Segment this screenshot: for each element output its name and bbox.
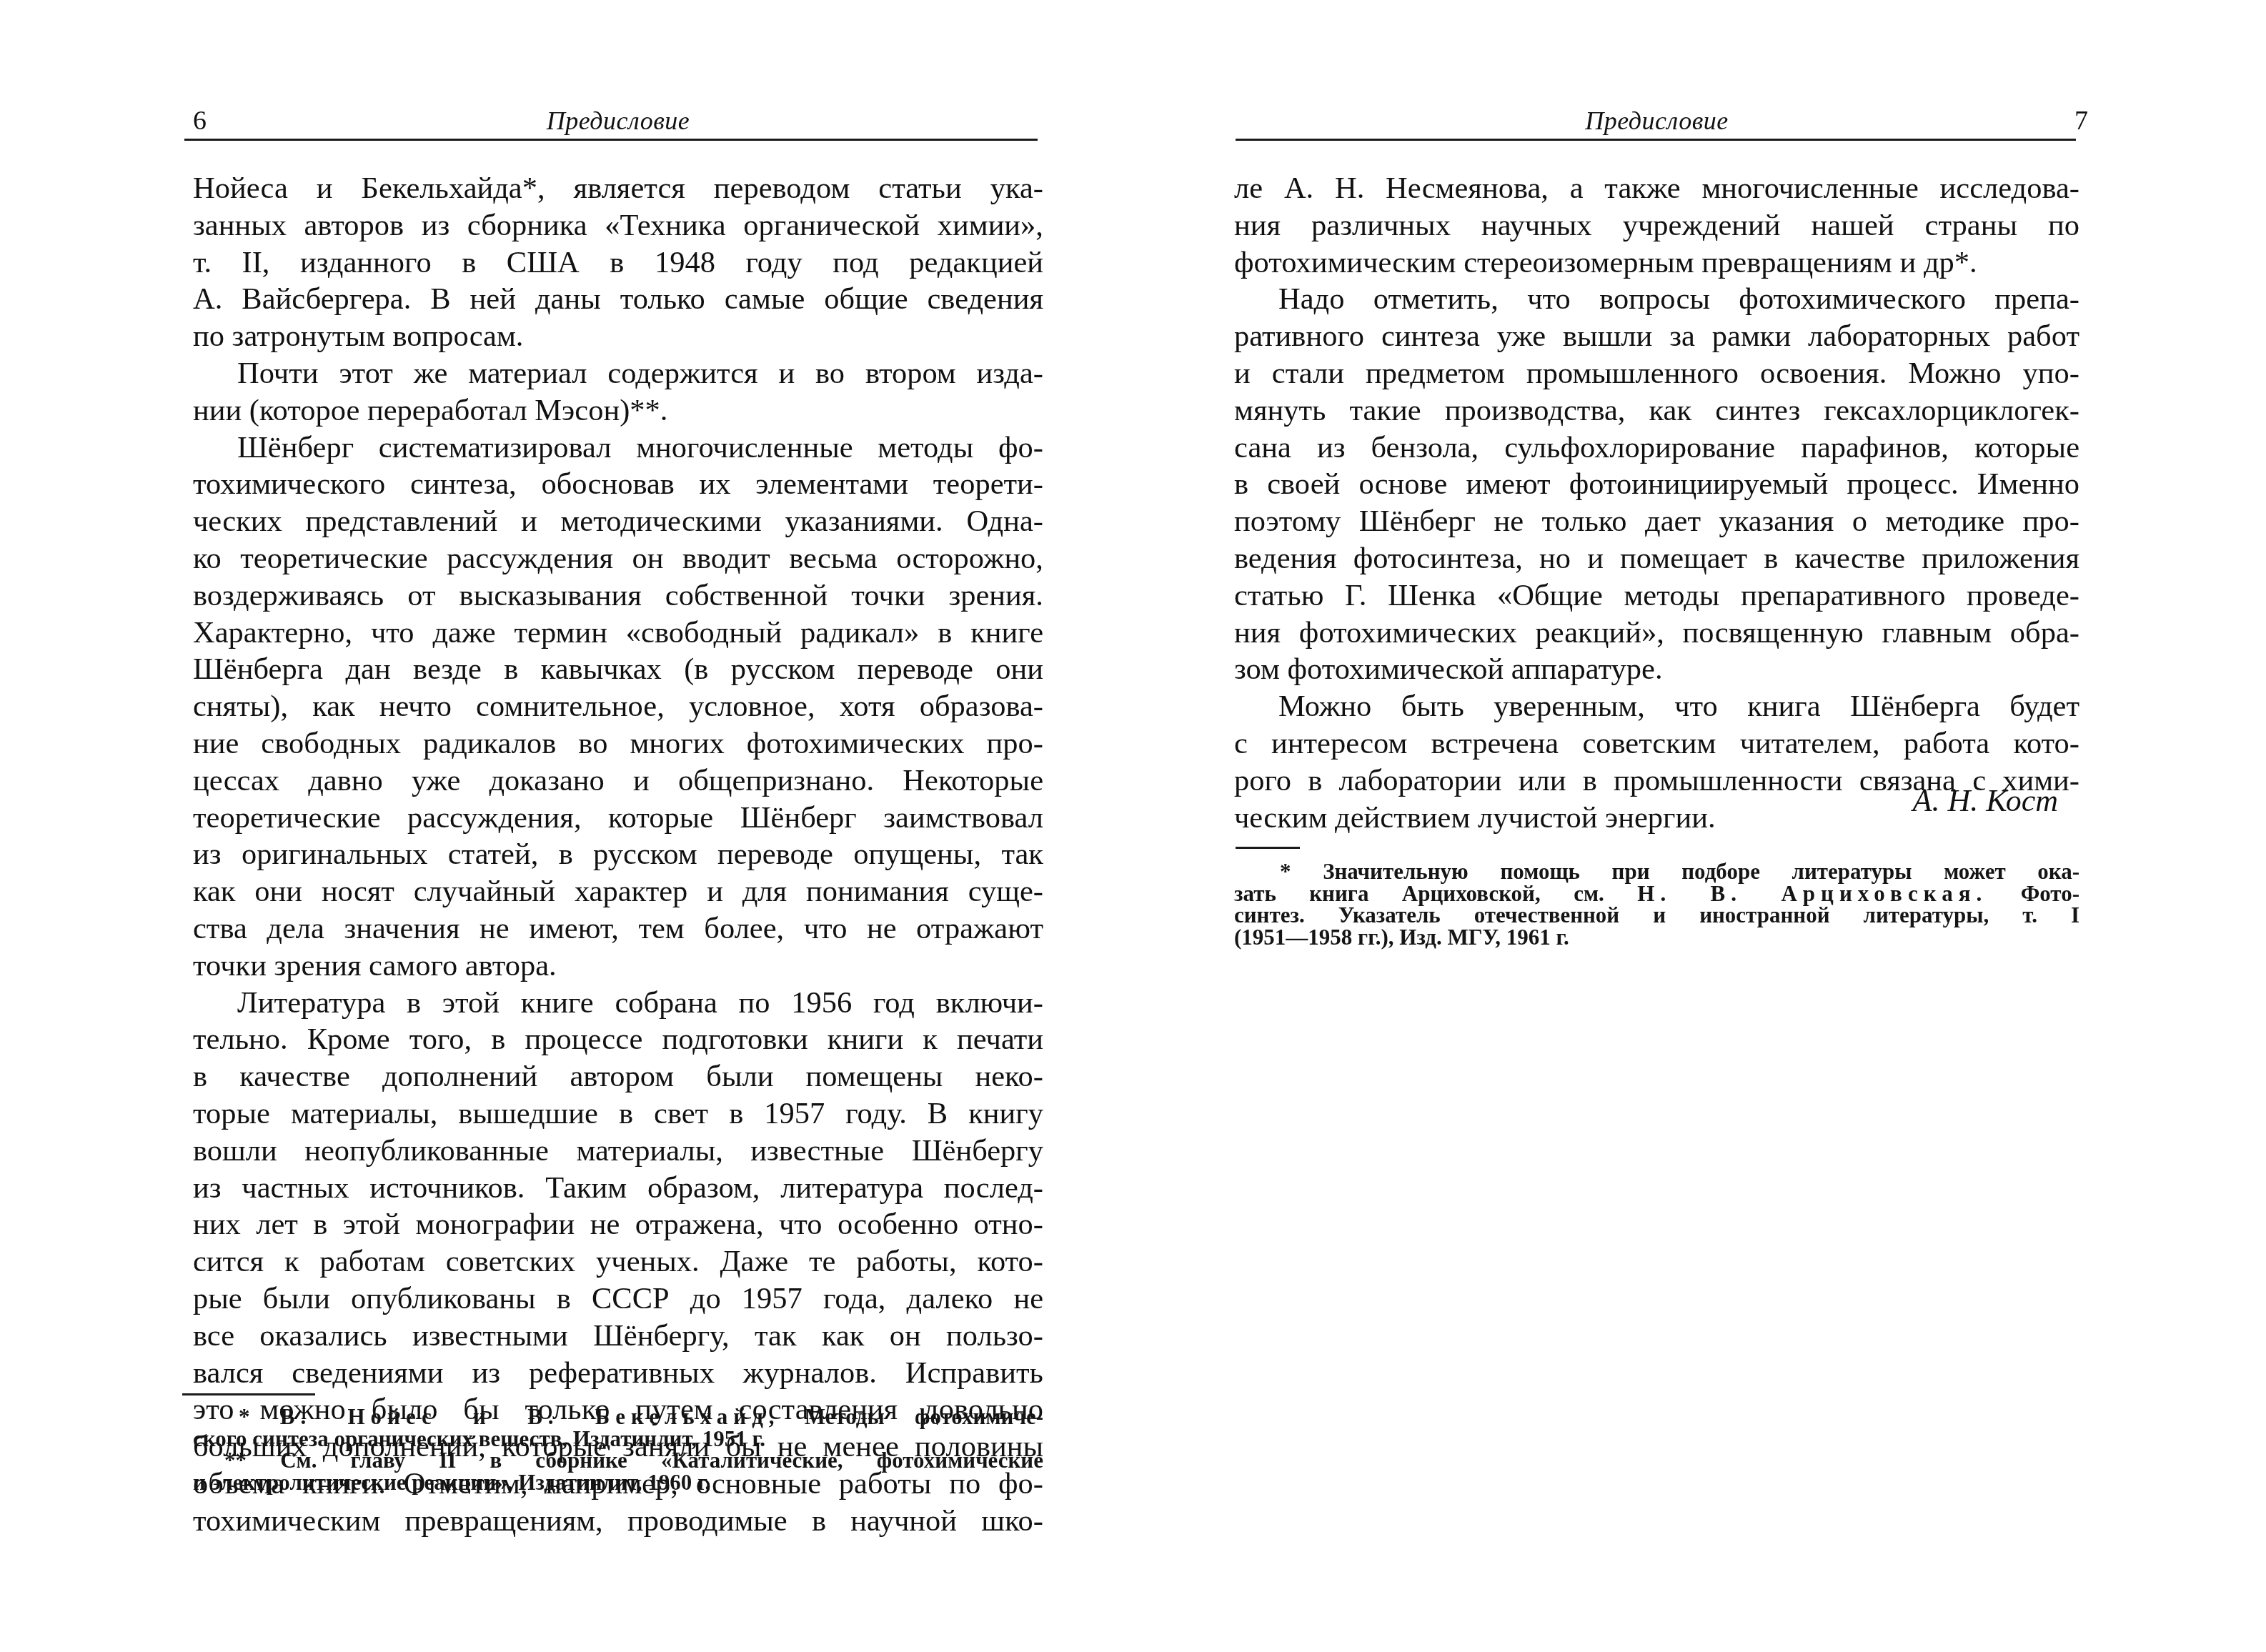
footnote-separator	[182, 1393, 315, 1395]
text-line: ния различных научных учреждений нашей с…	[1234, 207, 2079, 244]
footnotes: * В. Нойес и В. Бекельхайд, Методы фотох…	[193, 1406, 1043, 1493]
footnote-author: В. Нойес и В. Бекельхайд	[280, 1404, 769, 1429]
text-line: сана из бензола, сульфохлорирование пара…	[1234, 429, 2079, 467]
footnote-2-line-1: ** См. главу II в сборнике «Каталитическ…	[193, 1450, 1043, 1472]
author-signature: А. Н. Кост	[1913, 782, 2059, 820]
footnote-1-line-2: зать книга Арциховской, см. Н. В. Арцихо…	[1234, 883, 2079, 905]
footnote-1-line-3: синтез. Указатель отечественной и иностр…	[1234, 905, 2079, 927]
body-text: Нойеса и Бекельхайда*, является переводо…	[193, 170, 1043, 1539]
text-line: зом фотохимической аппаратуре.	[1234, 651, 2079, 688]
footnote-marker: **	[224, 1448, 247, 1473]
text-line: Почти этот же материал содержится и во в…	[193, 355, 1043, 392]
text-line: цессах давно уже доказано и общепризнано…	[193, 762, 1043, 800]
text-line: ние свободных радикалов во многих фотохи…	[193, 725, 1043, 762]
text-line: сится к работам советских ученых. Даже т…	[193, 1243, 1043, 1280]
text-line: тохимическим превращениям, проводимые в …	[193, 1503, 1043, 1540]
page-number: 7	[2074, 104, 2088, 137]
text-line: поэтому Шёнберг не только дает указания …	[1234, 503, 2079, 540]
footnotes: * Значительную помощь при подборе литера…	[1234, 861, 2079, 948]
footnote-1-line-1: * В. Нойес и В. Бекельхайд, Методы фотох…	[193, 1406, 1043, 1428]
text-line: т. II, изданного в США в 1948 году под р…	[193, 244, 1043, 282]
text-line: Нойеса и Бекельхайда*, является переводо…	[193, 170, 1043, 207]
body-text: ле А. Н. Несмеянова, а также многочислен…	[1234, 170, 2079, 836]
text-line: Надо отметить, что вопросы фотохимическо…	[1234, 281, 2079, 318]
text-line: из оригинальных статей, в русском перево…	[193, 836, 1043, 873]
footnote-1-line-4: (1951—1958 гг.), Изд. МГУ, 1961 г.	[1234, 927, 2079, 949]
running-title: Предисловие	[1234, 104, 2079, 137]
header-rule	[184, 139, 1038, 141]
text-line: ко теоретические рассуждения он вводит в…	[193, 540, 1043, 577]
text-line: с интересом встречена советским читателе…	[1234, 725, 2079, 762]
text-line: сняты), как нечто сомнительное, условное…	[193, 688, 1043, 725]
footnote-1-line-2: ского синтеза органических веществ, Изда…	[193, 1428, 1043, 1451]
text-line: ния фотохимических реакций», посвященную…	[1234, 614, 2079, 652]
text-line: Шёнберг систематизировал многочисленные …	[193, 429, 1043, 467]
text-line: Литература в этой книге собрана по 1956 …	[193, 985, 1043, 1022]
text-line: ле А. Н. Несмеянова, а также многочислен…	[1234, 170, 2079, 207]
text-line: них лет в этой монографии не отражена, ч…	[193, 1206, 1043, 1243]
running-title: Предисловие	[193, 104, 1043, 137]
running-head: 6 Предисловие	[193, 104, 1043, 137]
text-line: Характерно, что даже термин «свободный р…	[193, 614, 1043, 652]
text-line: из частных источников. Таким образом, ли…	[193, 1170, 1043, 1207]
footnote-text: , Методы фотохимиче-	[769, 1404, 1043, 1429]
text-line: в своей основе имеют фотоинициируемый пр…	[1234, 466, 2079, 503]
footnote-1-line-1: * Значительную помощь при подборе литера…	[1234, 861, 2079, 883]
text-line: статью Г. Шенка «Общие методы препаратив…	[1234, 577, 2079, 614]
text-line: ства дела значения не имеют, тем более, …	[193, 910, 1043, 947]
text-line: ведения фотосинтеза, но и помещает в кач…	[1234, 540, 2079, 577]
running-head: Предисловие 7	[1234, 104, 2079, 137]
text-line: воздерживаясь от высказывания собственно…	[193, 577, 1043, 614]
text-line: занных авторов из сборника «Техника орга…	[193, 207, 1043, 244]
text-line: ративного синтеза уже вышли за рамки лаб…	[1234, 318, 2079, 355]
text-line: ческих представлений и методическими ука…	[193, 503, 1043, 540]
text-line: и стали предметом промышленного освоения…	[1234, 355, 2079, 392]
text-line: Шёнберга дан везде в кавычках (в русском…	[193, 651, 1043, 688]
text-line: нии (которое переработал Мэсон)**.	[193, 392, 1043, 429]
text-line: рые были опубликованы в СССР до 1957 год…	[193, 1280, 1043, 1318]
text-line: Можно быть уверенным, что книга Шёнберга…	[1234, 688, 2079, 725]
text-line: по затронутым вопросам.	[193, 318, 1043, 355]
text-line: тохимического синтеза, обосновав их элем…	[193, 466, 1043, 503]
footnote-2-line-2: и электролитические реакции», Издатинлит…	[193, 1472, 1043, 1494]
text-line: как они носят случайный характер и для п…	[193, 873, 1043, 910]
text-line: в качестве дополнений автором были помещ…	[193, 1058, 1043, 1095]
footnote-text: См. главу II в сборнике «Каталитические,…	[280, 1448, 1043, 1473]
text-line: А. Вайсбергера. В ней даны только самые …	[193, 281, 1043, 318]
header-rule	[1236, 139, 2076, 141]
text-line: точки зрения самого автора.	[193, 947, 1043, 985]
text-line: все оказались известными Шёнбергу, так к…	[193, 1318, 1043, 1355]
text-line: фотохимическим стереоизомерным превращен…	[1234, 244, 2079, 282]
text-line: тельно. Кроме того, в процессе подготовк…	[193, 1021, 1043, 1058]
text-line: вался сведениями из реферативных журнало…	[193, 1355, 1043, 1392]
text-line: теоретические рассуждения, которые Шёнбе…	[193, 800, 1043, 837]
footnote-marker: *	[239, 1404, 250, 1429]
text-line: торые материалы, вышедшие в свет в 1957 …	[193, 1095, 1043, 1133]
text-line: мянуть такие производства, как синтез ге…	[1234, 392, 2079, 429]
footnote-separator	[1236, 847, 1300, 849]
text-line: вошли неопубликованные материалы, извест…	[193, 1133, 1043, 1170]
